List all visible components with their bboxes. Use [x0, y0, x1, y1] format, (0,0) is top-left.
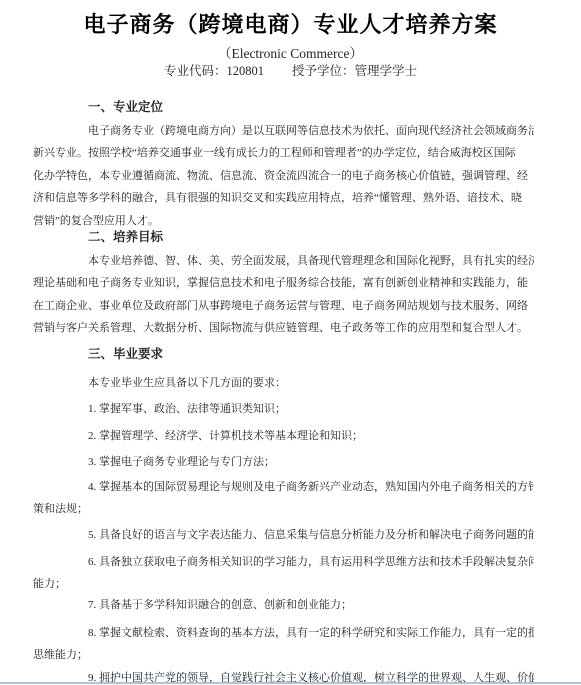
- requirement-item-1: 1. 掌握军事、政治、法律等通识类知识；: [33, 398, 534, 420]
- degree-value: 管理学学士: [355, 64, 418, 78]
- requirement-item-5: 5. 具备良好的语言与文字表达能力、信息采集与信息分析能力及分析和解决电子商务问…: [33, 524, 534, 546]
- section-1-paragraph: 电子商务专业（跨境电商方向）是以互联网等信息技术为依托、面向现代经济社会领域商务…: [33, 120, 534, 232]
- doc-line: 5. 具备良好的语言与文字表达能力、信息采集与信息分析能力及分析和解决电子商务问…: [33, 524, 534, 546]
- requirement-item-8: 8. 掌握文献检索、资料查询的基本方法，具有一定的科学研究和实际工作能力，具有一…: [33, 622, 534, 667]
- page-title: 电子商务（跨境电商）专业人才培养方案: [0, 12, 581, 38]
- requirement-item-4: 4. 掌握基本的国际贸易理论与规则及电子商务新兴产业动态，熟知国内外电子商务相关…: [33, 476, 534, 521]
- doc-line: 8. 掌握文献检索、资料查询的基本方法，具有一定的科学研究和实际工作能力，具有一…: [33, 622, 534, 644]
- section-heading-2: 二、培养目标: [88, 229, 534, 245]
- doc-line: 思维能力；: [33, 644, 534, 666]
- doc-line: 本专业毕业生应具备以下几方面的要求：: [33, 372, 534, 394]
- doc-line: 6. 具备独立获取电子商务相关知识的学习能力，具有运用科学思维方法和技术手段解决…: [33, 551, 534, 573]
- doc-line: 理论基础和电子商务专业知识，掌握信息技术和电子服务综合技能，富有创新创业精神和实…: [33, 272, 534, 294]
- bottom-window-edge-line: [0, 682, 581, 684]
- doc-line: 化办学特色，本专业遵循商流、物流、信息流、资金流四流合一的电子商务核心价值链，强…: [33, 165, 534, 187]
- degree-label: 授予学位：: [292, 64, 355, 78]
- page-subtitle: （Electronic Commerce）: [0, 46, 581, 61]
- doc-line: 策和法规；: [33, 498, 534, 520]
- doc-line: 济和信息等多学科的融合，具有很强的知识交叉和实践应用特点，培养“懂管理、熟外语、…: [33, 187, 534, 209]
- doc-line: 营销与客户关系管理、大数据分析、国际物流与供应链管理、电子政务等工作的应用型和复…: [33, 317, 534, 339]
- major-code-label: 专业代码：: [164, 64, 227, 78]
- requirement-item-7: 7. 具备基于多学科知识融合的创意、创新和创业能力；: [33, 594, 534, 616]
- doc-line: 能力；: [33, 573, 534, 595]
- section-heading-3: 三、毕业要求: [88, 346, 534, 362]
- doc-line: 3. 掌握电子商务专业理论与专门方法；: [33, 451, 534, 473]
- doc-line: 7. 具备基于多学科知识融合的创意、创新和创业能力；: [33, 594, 534, 616]
- major-code-value: 120801: [226, 64, 264, 78]
- doc-line: 新兴专业。按照学校“培养交通事业一线有成长力的工程师和管理者”的办学定位，结合威…: [33, 142, 534, 164]
- document-page: 电子商务（跨境电商）专业人才培养方案 （Electronic Commerce）…: [0, 0, 581, 685]
- doc-line: 电子商务专业（跨境电商方向）是以互联网等信息技术为依托、面向现代经济社会领域商务…: [33, 120, 534, 142]
- requirements-intro: 本专业毕业生应具备以下几方面的要求：: [33, 372, 534, 394]
- doc-line: 2. 掌握管理学、经济学、计算机技术等基本理论和知识；: [33, 425, 534, 447]
- doc-line: 4. 掌握基本的国际贸易理论与规则及电子商务新兴产业动态，熟知国内外电子商务相关…: [33, 476, 534, 498]
- doc-line: 本专业培养德、智、体、美、劳全面发展，具备现代管理理念和国际化视野，具有扎实的经…: [33, 250, 534, 272]
- section-heading-1: 一、专业定位: [88, 99, 534, 115]
- requirement-item-2: 2. 掌握管理学、经济学、计算机技术等基本理论和知识；: [33, 425, 534, 447]
- requirement-item-6: 6. 具备独立获取电子商务相关知识的学习能力，具有运用科学思维方法和技术手段解决…: [33, 551, 534, 596]
- section-2-paragraph: 本专业培养德、智、体、美、劳全面发展，具备现代管理理念和国际化视野，具有扎实的经…: [33, 250, 534, 340]
- major-meta-line: 专业代码：120801授予学位：管理学学士: [0, 64, 581, 79]
- requirement-item-3: 3. 掌握电子商务专业理论与专门方法；: [33, 451, 534, 473]
- doc-line: 1. 掌握军事、政治、法律等通识类知识；: [33, 398, 534, 420]
- doc-line: 在工商企业、事业单位及政府部门从事跨境电子商务运营与管理、电子商务网站规划与技术…: [33, 295, 534, 317]
